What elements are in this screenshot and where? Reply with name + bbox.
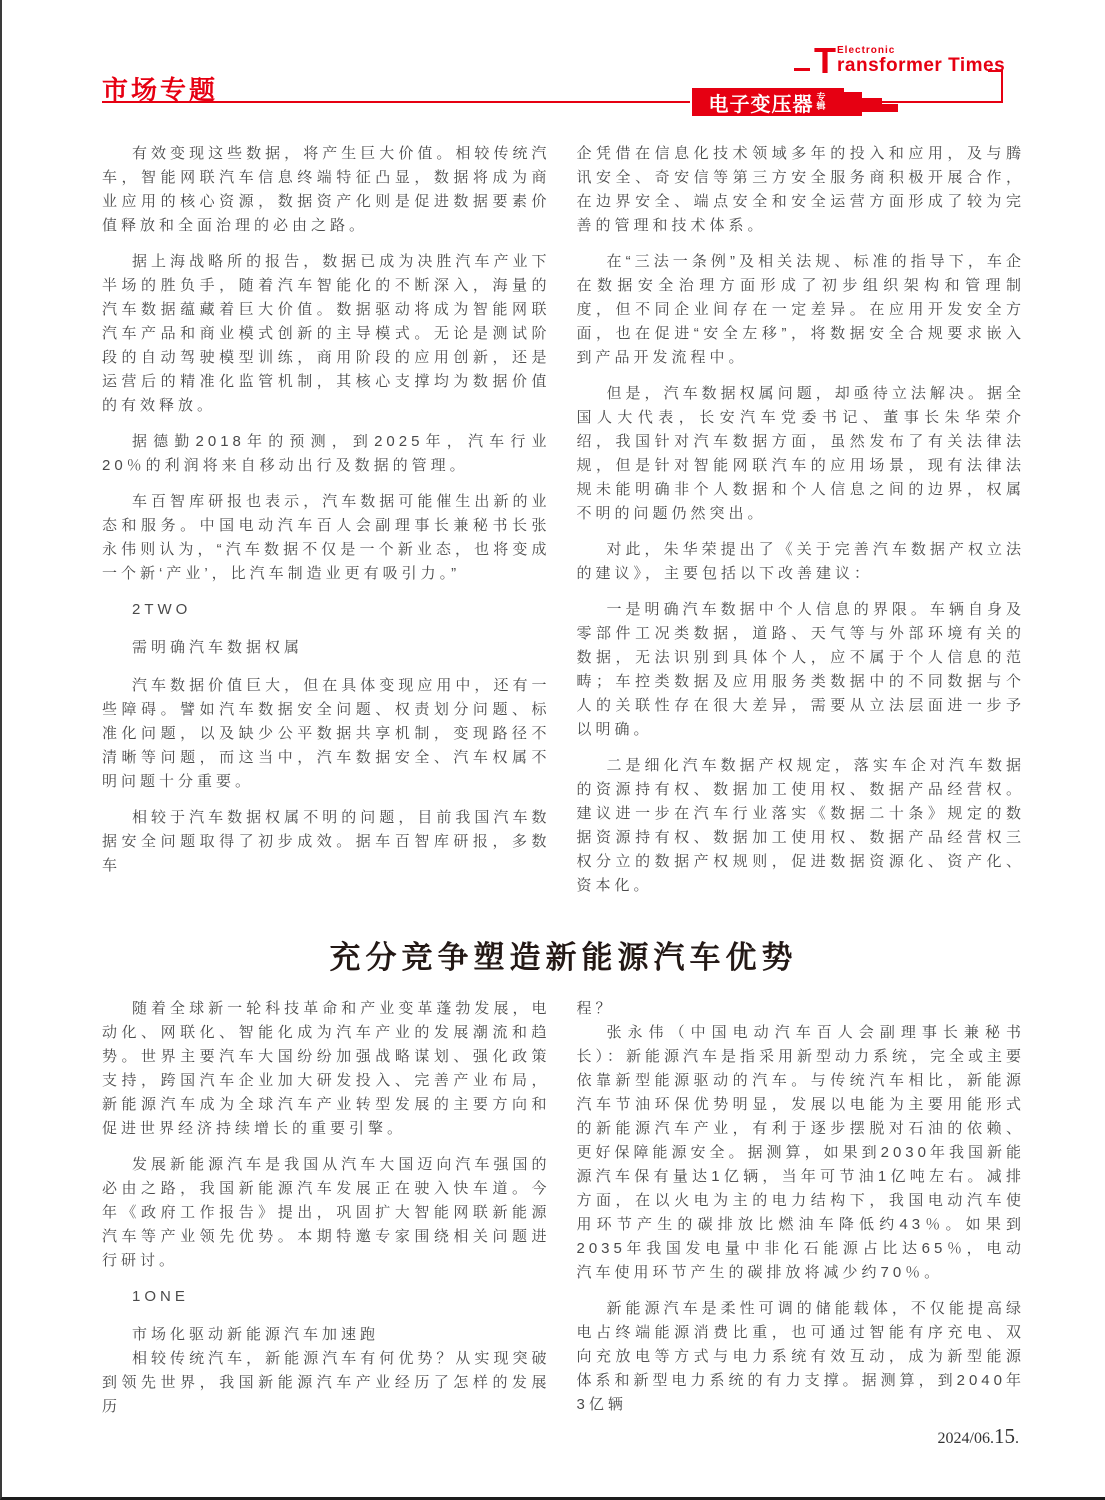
paragraph: 但是，汽车数据权属问题，却亟待立法解决。据全国人大代表，长安汽车党委书记、董事长… — [577, 382, 1026, 526]
article2-columns: 随着全球新一轮科技革命和产业变革蓬勃发展，电动化、网联化、智能化成为汽车产业的发… — [102, 997, 1025, 1431]
logo-step-decoration — [844, 92, 862, 116]
magazine-page: 市场专题 电子变压器 专辑 T Electronic ransformer Ti… — [0, 0, 1105, 1500]
paragraph: 新能源汽车是柔性可调的储能载体，不仅能提高绿电占终端能源消费比重，也可通过智能有… — [577, 1297, 1026, 1417]
header-rule-left — [102, 101, 690, 103]
article2-column-left: 随着全球新一轮科技革命和产业变革蓬勃发展，电动化、网联化、智能化成为汽车产业的发… — [102, 997, 551, 1431]
logo-step-decoration — [882, 104, 898, 112]
logo-text: 电子变压器 — [709, 88, 814, 117]
article1-column-right: 企凭借在信息化技术领域多年的投入和应用，及与腾讯安全、奇安信等第三方安全服务商积… — [577, 142, 1026, 910]
paragraph: 据德勤2018年的预测，到2025年，汽车行业20％的利润将来自移动出行及数据的… — [102, 430, 551, 478]
masthead-text: Electronic ransformer Times — [837, 46, 1005, 76]
paragraph: 对此，朱华荣提出了《关于完善汽车数据产权立法的建议》，主要包括以下改善建议： — [577, 538, 1026, 586]
masthead: T Electronic ransformer Times — [814, 46, 1005, 76]
paragraph: 据上海战略所的报告，数据已成为决胜汽车产业下半场的胜负手，随着汽车智能化的不断深… — [102, 250, 551, 418]
subhead: 1ONE — [102, 1285, 551, 1309]
paragraph: 汽车数据价值巨大，但在具体变现应用中，还有一些障碍。譬如汽车数据安全问题、权责划… — [102, 674, 551, 794]
paragraph: 有效变现这些数据，将产生巨大价值。相较传统汽车，智能网联汽车信息终端特征凸显，数… — [102, 142, 551, 238]
paragraph: 一是明确汽车数据中个人信息的界限。车辆自身及零部件工况类数据，道路、天气等与外部… — [577, 598, 1026, 742]
article1-column-left: 有效变现这些数据，将产生巨大价值。相较传统汽车，智能网联汽车信息终端特征凸显，数… — [102, 142, 551, 910]
masthead-large-text: ransformer Times — [837, 56, 1005, 76]
logo-subtitle: 专辑 — [817, 93, 828, 111]
page-content: 有效变现这些数据，将产生巨大价值。相较传统汽车，智能网联汽车信息终端特征凸显，数… — [102, 142, 1025, 1431]
subhead: 市场化驱动新能源汽车加速跑 — [102, 1323, 551, 1347]
paragraph: 发展新能源汽车是我国从汽车大国迈向汽车强国的必由之路，我国新能源汽车发展正在驶入… — [102, 1153, 551, 1273]
issue-label: 2024/06. — [938, 1430, 994, 1447]
page-number: 15 — [994, 1424, 1015, 1448]
masthead-dash — [794, 68, 810, 71]
masthead-bracket-vertical — [1001, 70, 1003, 103]
paragraph: 企凭借在信息化技术领域多年的投入和应用，及与腾讯安全、奇安信等第三方安全服务商积… — [577, 142, 1026, 238]
paragraph: 车百智库研报也表示，汽车数据可能催生出新的业态和服务。中国电动汽车百人会副理事长… — [102, 490, 551, 586]
page-number-dot: . — [1015, 1430, 1019, 1447]
subhead: 2TWO — [102, 598, 551, 622]
page-footer: 2024/06.15. — [938, 1424, 1019, 1449]
article1-columns: 有效变现这些数据，将产生巨大价值。相较传统汽车，智能网联汽车信息终端特征凸显，数… — [102, 142, 1025, 910]
masthead-initial: T — [814, 46, 836, 76]
paragraph: 张永伟（中国电动汽车百人会副理事长兼秘书长）：新能源汽车是指采用新型动力系统，完… — [577, 1021, 1026, 1285]
paragraph: 在“三法一条例”及相关法规、标准的指导下，车企在数据安全治理方面形成了初步组织架… — [577, 250, 1026, 370]
paragraph: 随着全球新一轮科技革命和产业变革蓬勃发展，电动化、网联化、智能化成为汽车产业的发… — [102, 997, 551, 1141]
header-rule-right — [864, 101, 1003, 103]
subhead: 需明确汽车数据权属 — [102, 636, 551, 660]
article2-column-right: 程？张永伟（中国电动汽车百人会副理事长兼秘书长）：新能源汽车是指采用新型动力系统… — [577, 997, 1026, 1431]
article2-title: 充分竞争塑造新能源汽车优势 — [102, 932, 1025, 977]
page-header: 市场专题 电子变压器 专辑 T Electronic ransformer Ti… — [2, 0, 1105, 128]
paragraph: 相较于汽车数据权属不明的问题，目前我国汽车数据安全问题取得了初步成效。据车百智库… — [102, 806, 551, 878]
paragraph: 二是细化汽车数据产权规定，落实车企对汽车数据的资源持有权、数据加工使用权、数据产… — [577, 754, 1026, 898]
paragraph: 程？ — [577, 997, 1026, 1021]
paragraph: 相较传统汽车，新能源汽车有何优势？从实现突破到领先世界，我国新能源汽车产业经历了… — [102, 1347, 551, 1419]
magazine-logo: 电子变压器 专辑 — [692, 88, 844, 116]
